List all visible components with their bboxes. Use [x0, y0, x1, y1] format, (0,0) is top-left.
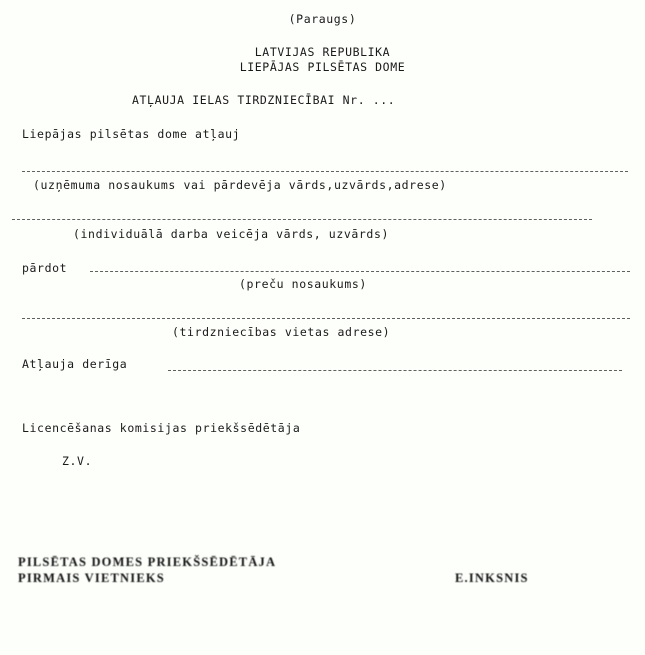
footer-position-line1: PILSĒTAS DOMES PRIEKŠSĒDĒTĀJA — [18, 556, 276, 569]
document-title: ATĻAUJA IELAS TIRDZNIECĪBAI Nr. ... — [132, 95, 395, 107]
goods-line[interactable] — [90, 271, 630, 272]
intro-text: Liepājas pilsētas dome atļauj — [22, 129, 240, 141]
sample-label: (Paraugs) — [0, 14, 645, 26]
company-name-caption: (uzņēmuma nosaukums vai pārdevēja vārds,… — [33, 180, 447, 192]
commission-signature-label: Licencēšanas komisijas priekšsēdētāja — [22, 423, 300, 435]
footer-signatory: E.INKSNIS — [455, 572, 529, 585]
stamp-place: Z.V. — [62, 456, 92, 468]
company-name-line[interactable] — [22, 171, 628, 172]
trade-location-line[interactable] — [22, 318, 630, 319]
individual-name-caption: (individuālā darba veicēja vārds, uzvārd… — [73, 229, 389, 241]
footer-position-line2: PIRMAIS VIETNIEKS — [18, 572, 165, 585]
individual-name-line[interactable] — [12, 219, 592, 220]
valid-until-line[interactable] — [168, 370, 622, 371]
goods-caption: (preču nosaukums) — [239, 279, 367, 291]
valid-until-label: Atļauja derīga — [22, 359, 127, 371]
header-council: LIEPĀJAS PILSĒTAS DOME — [0, 62, 645, 74]
goods-label: pārdot — [22, 263, 67, 275]
header-country: LATVIJAS REPUBLIKA — [0, 47, 645, 59]
trade-location-caption: (tirdzniecības vietas adrese) — [172, 327, 390, 339]
